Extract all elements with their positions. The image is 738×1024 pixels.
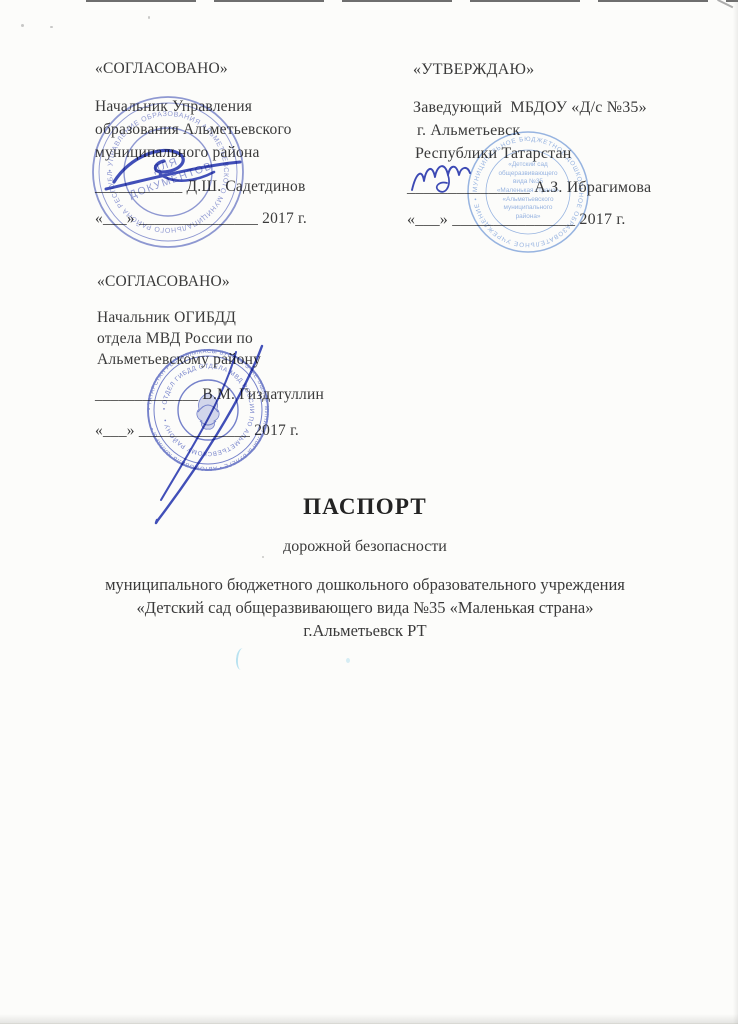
gizdatullin-signature-flourish — [144, 334, 274, 534]
organization-city-line: г.Альметьевск РТ — [0, 621, 730, 641]
ibragimova-signature — [406, 157, 496, 201]
pen-smudge-mark — [235, 648, 247, 671]
gibdd-approver-line: Начальник ОГИБДД — [97, 309, 236, 328]
scan-speck — [21, 24, 24, 27]
approved-label: «УТВЕРЖДАЮ» — [413, 60, 534, 79]
seal-center-text: района» — [516, 212, 541, 220]
scan-edge-top — [86, 0, 738, 2]
seal-center-text: муниципального — [504, 204, 553, 211]
pen-smudge-dot — [346, 658, 350, 663]
sadetdinov-signature — [102, 140, 247, 200]
scan-edge-bottom — [0, 1014, 738, 1024]
organization-name-line: «Детский сад общеразвивающего вида №35 «… — [0, 598, 730, 618]
scan-speck — [50, 26, 53, 28]
agreed-label-education: «СОГЛАСОВАНО» — [95, 60, 228, 79]
scan-edge-right — [733, 0, 738, 1024]
agreed-label-gibdd: «СОГЛАСОВАНО» — [97, 273, 230, 292]
scan-speck — [262, 556, 264, 558]
scan-speck — [148, 16, 150, 19]
document-subtitle: дорожной безопасности — [0, 538, 730, 556]
seal-center-text: вида №35 — [513, 178, 543, 185]
head-approver-line: Заведующий МБДОУ «Д/с №35» — [413, 98, 647, 117]
seal-center-text: «Альметьевского — [502, 196, 554, 203]
document-title: ПАСПОРТ — [0, 494, 730, 520]
document-page: «СОГЛАСОВАНО» Начальник Управления образ… — [0, 0, 738, 1024]
seal-center-text: «Детский сад — [508, 160, 548, 168]
organization-name-line: муниципального бюджетного дошкольного об… — [0, 575, 730, 595]
seal-center-text: общеразвивающего — [498, 169, 557, 177]
seal-center-text: «Маленькая страна» — [497, 187, 560, 194]
